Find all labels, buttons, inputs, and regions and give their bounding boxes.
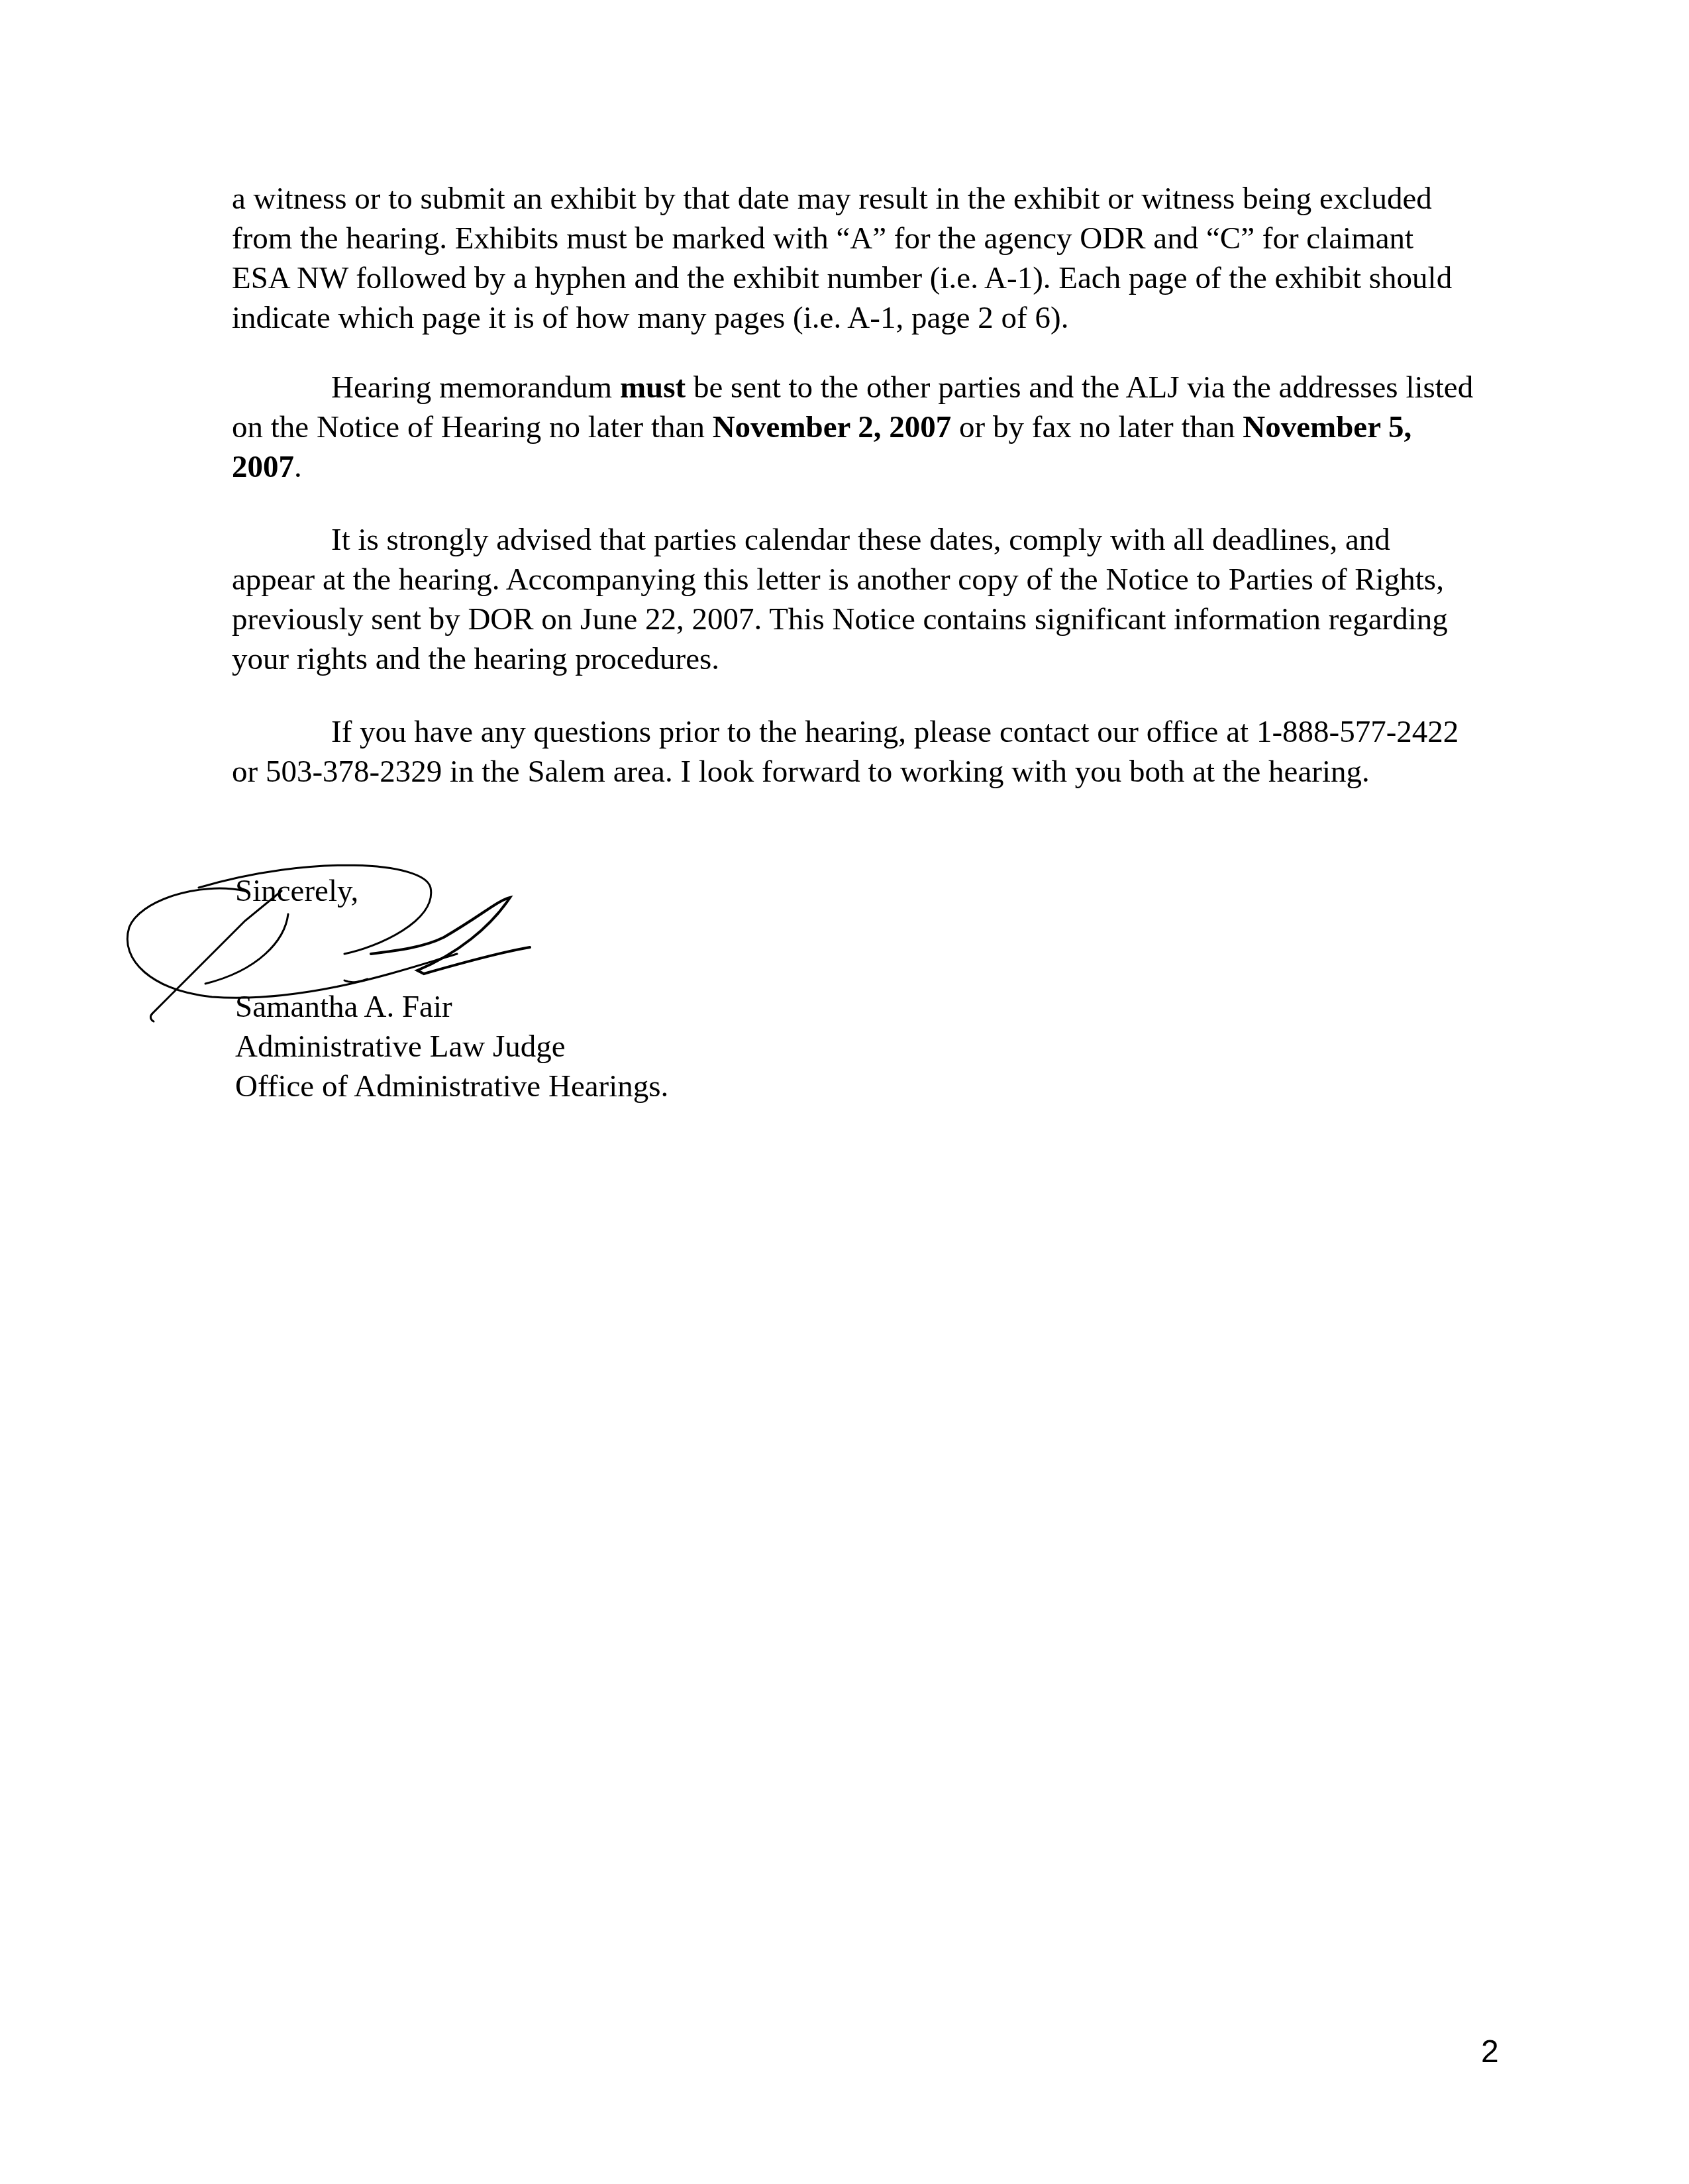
signer-office: Office of Administrative Hearings. (235, 1066, 668, 1106)
letter-page: a witness or to submit an exhibit by tha… (0, 0, 1689, 2184)
signer-name: Samantha A. Fair (235, 987, 668, 1027)
text-run: Hearing memorandum (331, 370, 620, 405)
text-run: It is strongly advised that parties cale… (232, 523, 1448, 676)
emphasized-text: must (620, 370, 686, 405)
text-run: . (294, 450, 302, 484)
paragraph-exhibit-rules: a witness or to submit an exhibit by tha… (232, 179, 1477, 338)
text-run: a witness or to submit an exhibit by tha… (232, 182, 1452, 335)
paragraph-memorandum-deadline: Hearing memorandum must be sent to the o… (232, 368, 1477, 487)
signer-title: Administrative Law Judge (235, 1027, 668, 1066)
text-run: or by fax no later than (951, 410, 1243, 444)
signature-block: Samantha A. Fair Administrative Law Judg… (235, 987, 668, 1106)
closing-salutation: Sincerely, (235, 871, 358, 911)
paragraph-contact-info: If you have any questions prior to the h… (232, 712, 1477, 792)
text-run: If you have any questions prior to the h… (232, 715, 1459, 789)
paragraph-advisory: It is strongly advised that parties cale… (232, 520, 1477, 679)
page-number: 2 (1481, 2034, 1499, 2070)
emphasized-text: November 2, 2007 (713, 410, 952, 444)
